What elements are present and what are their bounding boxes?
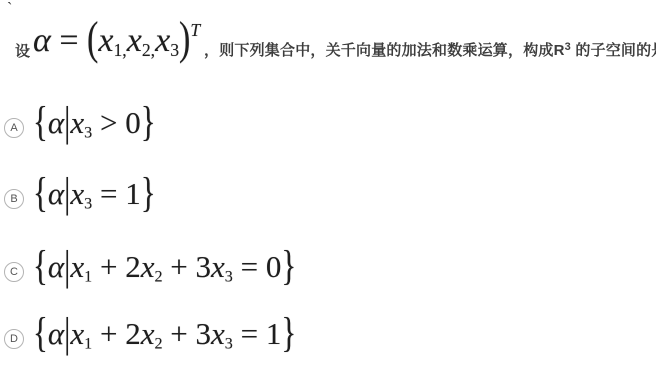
- math-token: x: [211, 249, 225, 284]
- option-a-circle[interactable]: A: [4, 118, 24, 138]
- math-token: |: [64, 301, 70, 364]
- math-token: x: [70, 249, 84, 284]
- math-token: x: [70, 176, 84, 211]
- math-token: α: [48, 105, 64, 140]
- math-token: ): [179, 6, 190, 72]
- stem-text-after-superscript: 的子空间的是( )。: [571, 42, 656, 59]
- stem-text-before-superscript: ，则下列集合中，关千向量的加法和数乘运算，构成R: [204, 42, 565, 59]
- math-token: |: [64, 234, 70, 297]
- alpha-definition-formula: α = (x1,x2,x3)T: [33, 6, 200, 74]
- question-page: ` 设 α = (x1,x2,x3)T ，则下列集合中，关千向量的加法和数乘运算…: [0, 0, 656, 379]
- option-a-formula: {α|x3 > 0}: [33, 100, 156, 157]
- math-token: 2: [154, 269, 162, 286]
- math-token: {: [33, 90, 48, 153]
- math-token: + 3: [163, 249, 211, 284]
- option-row-d[interactable]: D {α|x1 + 2x2 + 3x3 = 1}: [4, 311, 296, 368]
- option-row-a[interactable]: A {α|x3 > 0}: [4, 100, 156, 157]
- math-token: α: [33, 22, 51, 59]
- math-token: x: [70, 105, 84, 140]
- math-token: x: [141, 249, 155, 284]
- math-token: }: [281, 234, 296, 297]
- math-token: }: [141, 161, 156, 224]
- math-token: x: [127, 22, 142, 59]
- math-token: = 0: [233, 249, 281, 284]
- math-token: x: [211, 316, 225, 351]
- math-token: |: [64, 90, 70, 153]
- math-token: x: [98, 22, 113, 59]
- math-token: 1: [84, 269, 92, 286]
- math-token: {: [33, 161, 48, 224]
- math-token: =: [51, 22, 87, 59]
- math-token: 1,: [113, 40, 126, 60]
- stem-prefix: 设: [15, 40, 30, 61]
- option-c-formula: {α|x1 + 2x2 + 3x3 = 0}: [33, 244, 296, 301]
- math-token: α: [48, 249, 64, 284]
- math-token: = 1: [233, 316, 281, 351]
- option-b-formula: {α|x3 = 1}: [33, 171, 156, 228]
- math-token: > 0: [92, 105, 140, 140]
- math-token: α: [48, 176, 64, 211]
- math-token: 2,: [142, 40, 155, 60]
- math-token: + 2: [92, 249, 140, 284]
- math-token: 3: [170, 40, 179, 60]
- math-token: T: [190, 20, 200, 40]
- math-token: + 3: [163, 316, 211, 351]
- math-token: {: [33, 301, 48, 364]
- math-token: α: [48, 316, 64, 351]
- math-token: 1: [84, 336, 92, 353]
- option-d-circle[interactable]: D: [4, 329, 24, 349]
- math-token: (: [87, 6, 98, 72]
- option-d-formula: {α|x1 + 2x2 + 3x3 = 1}: [33, 311, 296, 368]
- math-token: x: [141, 316, 155, 351]
- option-c-circle[interactable]: C: [4, 262, 24, 282]
- math-token: }: [281, 301, 296, 364]
- math-token: 2: [154, 336, 162, 353]
- math-token: }: [141, 90, 156, 153]
- option-row-c[interactable]: C {α|x1 + 2x2 + 3x3 = 0}: [4, 244, 296, 301]
- math-token: x: [70, 316, 84, 351]
- math-token: 3: [84, 196, 92, 213]
- question-stem-text: ，则下列集合中，关千向量的加法和数乘运算，构成R3 的子空间的是( )。: [204, 39, 656, 60]
- math-token: + 2: [92, 316, 140, 351]
- math-token: |: [64, 161, 70, 224]
- math-token: 3: [225, 336, 233, 353]
- option-b-circle[interactable]: B: [4, 189, 24, 209]
- math-token: 3: [84, 125, 92, 142]
- math-token: {: [33, 234, 48, 297]
- math-token: x: [155, 22, 170, 59]
- stray-tick-mark: `: [7, 0, 12, 18]
- math-token: 3: [225, 269, 233, 286]
- option-row-b[interactable]: B {α|x3 = 1}: [4, 171, 156, 228]
- math-token: = 1: [92, 176, 140, 211]
